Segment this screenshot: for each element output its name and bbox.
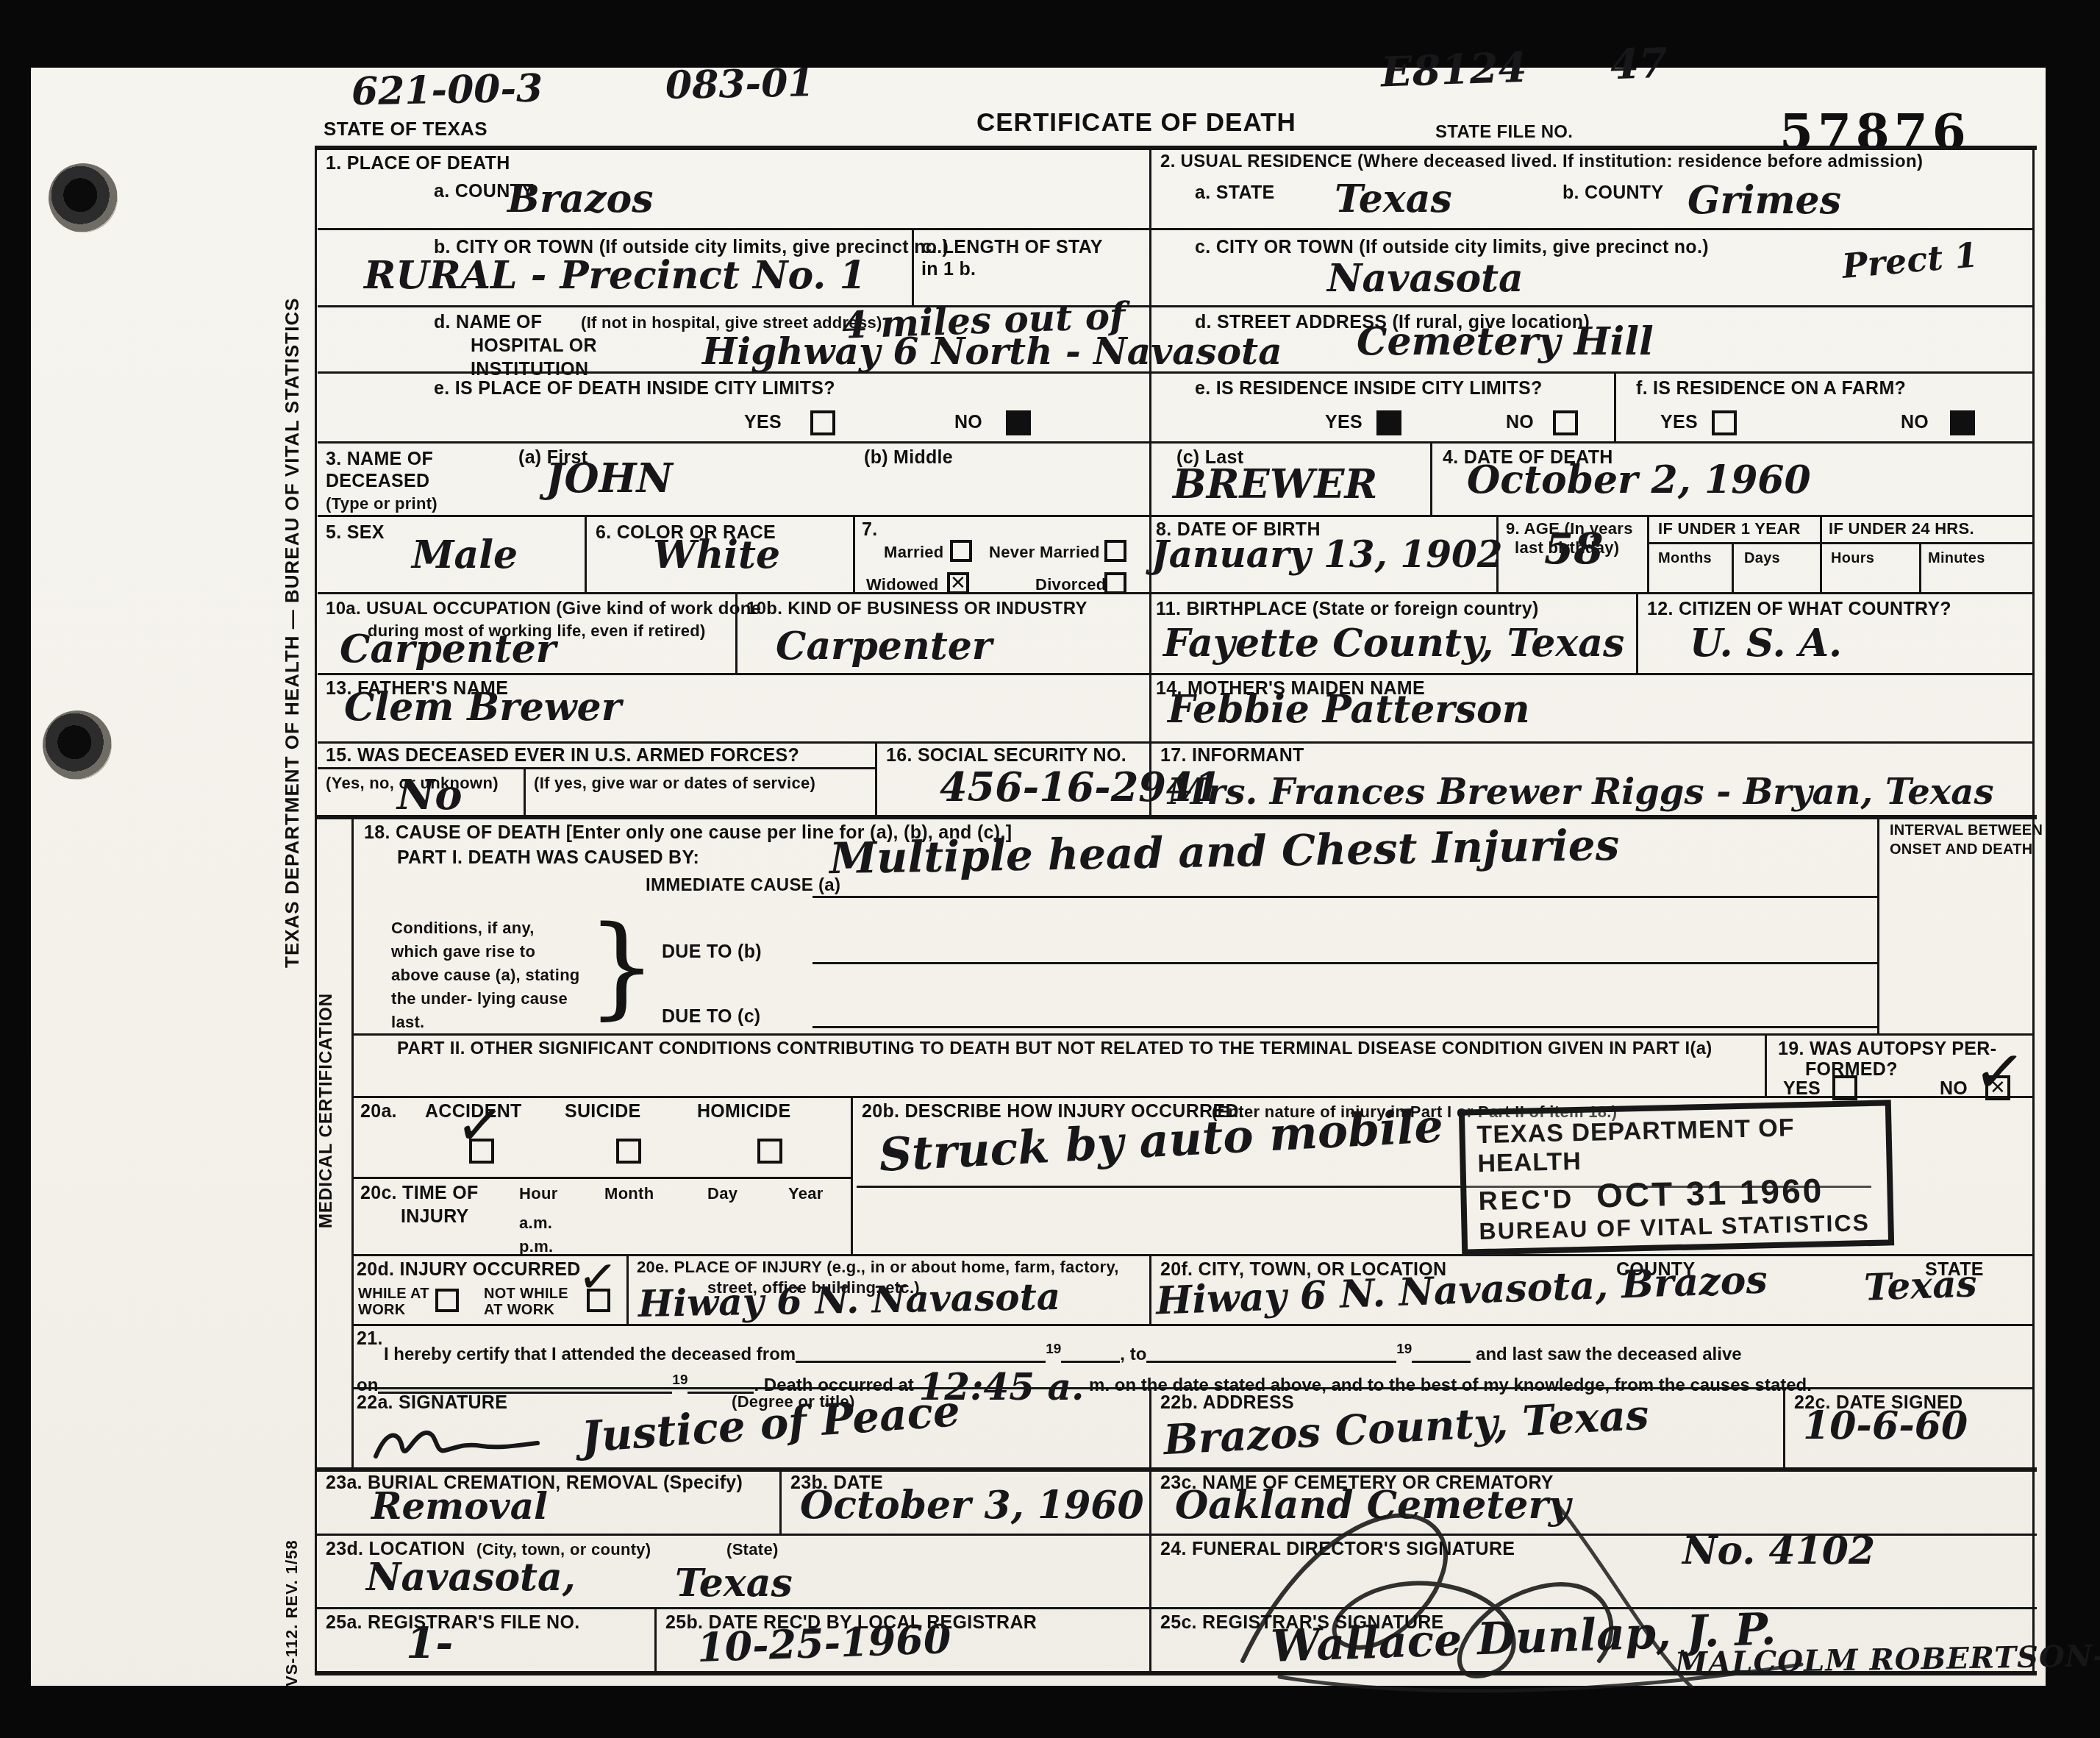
handwritten-code-4: 47 (1610, 42, 1668, 87)
stamp-line1: TEXAS DEPARTMENT OF HEALTH (1476, 1112, 1875, 1178)
field-20f-state-value: Texas (1863, 1264, 1977, 1307)
interval-label: INTERVAL BETWEEN (1890, 822, 2043, 840)
field-9-under1yr-label: IF UNDER 1 YEAR (1658, 519, 1801, 538)
state-of-texas-label: STATE OF TEXAS (324, 118, 488, 140)
field-12-value: U. S. A. (1690, 624, 1842, 664)
field-7-married-label: Married (884, 543, 944, 562)
field-2-title: 2. USUAL RESIDENCE (Where deceased lived… (1160, 152, 1923, 172)
field-2e-label: e. IS RESIDENCE INSIDE CITY LIMITS? (1195, 378, 1543, 400)
field-23d-value-city: Navasota, (366, 1558, 576, 1598)
field-3-label2: DECEASED (326, 471, 429, 493)
field-20c-label: 20c. TIME OF (360, 1183, 479, 1205)
checkbox-20d-while-at-work (435, 1289, 459, 1312)
field-25b-value: 10-25-1960 (696, 1618, 951, 1669)
certify-line-1: I hereby certify that I attended the dec… (384, 1342, 1742, 1365)
field-1d-label3: HOSPITAL OR (471, 335, 597, 357)
due-to-c-label: DUE TO (c) (662, 1006, 761, 1028)
field-9-value: 58 (1544, 527, 1604, 571)
field-2f-label: f. IS RESIDENCE ON A FARM? (1636, 378, 1906, 400)
state-file-no-label: STATE FILE NO. (1435, 122, 1573, 143)
suicide-label: SUICIDE (565, 1101, 641, 1123)
homicide-label: HOMICIDE (697, 1101, 790, 1123)
field-2e-no-label: NO (1506, 412, 1534, 434)
signature-22a-scribble (371, 1418, 540, 1470)
field-17-label: 17. INFORMANT (1160, 745, 1304, 767)
field-10b-value: Carpenter (776, 627, 992, 667)
conditions-note: Conditions, if any, which gave rise to a… (391, 916, 581, 1033)
stamp-recd: REC'D (1478, 1183, 1574, 1217)
x-mark-icon: ✕ (950, 574, 966, 593)
field-20e-value: Hiway 6 N. Navasota (638, 1278, 1061, 1324)
checkbox-7-married (950, 540, 972, 562)
hole-punch-bottom (43, 710, 112, 780)
checkbox-7-never-married (1104, 540, 1126, 562)
checkbox-19-yes (1832, 1075, 1857, 1100)
field-3-last-value: BREWER (1173, 463, 1377, 505)
sidebar-form-number: VS-112. REV. 1/58 (282, 1536, 301, 1687)
field-5-value: Male (412, 535, 518, 576)
field-2a-value: Texas (1335, 179, 1452, 220)
checkbox-7-divorced (1104, 572, 1126, 594)
field-22c-value: 10-6-60 (1803, 1406, 1968, 1447)
received-stamp: TEXAS DEPARTMENT OF HEALTH REC'D OCT 31 … (1459, 1100, 1894, 1255)
field-1c-label2: in 1 b. (921, 259, 976, 281)
hole-punch-top (49, 163, 118, 232)
checkbox-2e-yes-checked (1376, 410, 1401, 435)
checkbox-7-widowed-checked: ✕ (947, 572, 969, 594)
handwritten-code-1: 621-00-3 (351, 69, 543, 113)
while-at-work-label1: WHILE AT (358, 1286, 429, 1303)
certify-text-2: , to (1120, 1345, 1146, 1364)
field-4-value: October 2, 1960 (1467, 460, 1811, 501)
field-18-part1-label: PART I. DEATH WAS CAUSED BY: (397, 847, 699, 869)
field-9-hours-label: Hours (1831, 550, 1874, 568)
while-at-work-label2: WORK (358, 1302, 406, 1319)
year-19-prefix: 19 (1046, 1342, 1061, 1357)
field-15-label: 15. WAS DECEASED EVER IN U.S. ARMED FORC… (326, 745, 799, 767)
field-1e-yes-label: YES (744, 412, 782, 434)
year-19-prefix: 19 (1396, 1342, 1412, 1357)
field-23a-value: Removal (371, 1487, 548, 1526)
field-2f-no-label: NO (1901, 412, 1929, 434)
handwritten-code-2: 083-01 (665, 63, 815, 106)
checkbox-20a-suicide (616, 1139, 641, 1164)
field-2f-yes-label: YES (1660, 412, 1698, 434)
field-23d-value-state: Texas (675, 1564, 793, 1604)
field-2b-label: b. COUNTY (1562, 182, 1663, 204)
immediate-cause-label: IMMEDIATE CAUSE (a) (646, 875, 840, 896)
certificate-title: CERTIFICATE OF DEATH (976, 107, 1296, 138)
checkbox-2f-yes (1712, 410, 1737, 435)
brace-glyph: } (587, 912, 657, 1022)
field-9-months-label: Months (1658, 550, 1712, 568)
certify-text-1: I hereby certify that I attended the dec… (384, 1345, 796, 1364)
field-18-part2-label: PART II. OTHER SIGNIFICANT CONDITIONS CO… (397, 1039, 1713, 1059)
year-19-prefix: 19 (672, 1372, 687, 1388)
not-while-at-work-label1: NOT WHILE (484, 1286, 568, 1303)
pm-label: p.m. (519, 1237, 553, 1256)
field-10b-label: 10b. KIND OF BUSINESS OR INDUSTRY (746, 599, 1087, 619)
checkbox-1e-yes (810, 410, 835, 435)
field-1d-label: d. NAME OF (434, 312, 542, 334)
field-9-days-label: Days (1744, 550, 1780, 568)
field-11-label: 11. BIRTHPLACE (State or foreign country… (1156, 599, 1539, 621)
year-label: Year (788, 1184, 824, 1203)
field-20c-label2: INJURY (401, 1206, 469, 1228)
day-label: Day (707, 1184, 737, 1203)
field-5-label: 5. SEX (326, 522, 385, 544)
field-2a-label: a. STATE (1195, 182, 1274, 204)
checkbox-2e-no (1553, 410, 1578, 435)
check-mark-not-while-at-work: ✓ (575, 1248, 620, 1306)
field-19-yes-label: YES (1783, 1078, 1821, 1100)
certify-text-3: and last saw the deceased alive (1476, 1345, 1742, 1364)
field-21-label: 21. (357, 1328, 383, 1350)
field-10a-label: 10a. USUAL OCCUPATION (Give kind of work… (326, 599, 761, 619)
hour-label: Hour (519, 1184, 558, 1203)
handwritten-code-3: E8124 (1380, 46, 1527, 95)
sidebar-medical-certification-text: MEDICAL CERTIFICATION (316, 978, 337, 1228)
checkbox-20a-homicide (757, 1139, 782, 1164)
field-8-value: January 13, 1902 (1151, 535, 1503, 574)
field-22a-label: 22a. SIGNATURE (357, 1392, 507, 1414)
field-3-first-value: JOHN (546, 457, 673, 499)
field-3-label: 3. NAME OF (326, 449, 433, 471)
field-1c-label: c. LENGTH OF STAY (921, 237, 1103, 259)
field-12-label: 12. CITIZEN OF WHAT COUNTRY? (1647, 599, 1951, 621)
field-1d-value: Highway 6 North - Navasota (702, 332, 1282, 371)
field-20a-label: 20a. (360, 1101, 397, 1123)
field-9-under24hrs-label: IF UNDER 24 HRS. (1829, 519, 1974, 538)
field-20e-label: 20e. PLACE OF INJURY (e.g., in or about … (637, 1258, 1119, 1277)
stamp-date: OCT 31 1960 (1596, 1170, 1824, 1215)
checkbox-1e-no-checked (1006, 410, 1031, 435)
field-15-value: No (397, 774, 463, 817)
sidebar-department-text: TEXAS DEPARTMENT OF HEALTH — BUREAU OF V… (281, 409, 304, 968)
field-14-value: Febbie Patterson (1168, 690, 1530, 730)
field-7-never-married-label: Never Married (989, 543, 1100, 562)
field-7-widowed-label: Widowed (866, 575, 938, 594)
not-while-at-work-label2: AT WORK (484, 1302, 554, 1319)
field-2d-value: Cemetery Hill (1357, 322, 1654, 363)
field-23b-value: October 3, 1960 (800, 1486, 1144, 1526)
field-2e-yes-label: YES (1325, 412, 1362, 434)
field-3-label3: (Type or print) (326, 494, 438, 513)
month-label: Month (604, 1184, 654, 1203)
check-mark-19-no: ✓ (1970, 1033, 2029, 1111)
am-label: a.m. (519, 1214, 552, 1233)
field-25a-value: 1- (406, 1621, 453, 1666)
checkbox-2f-no-checked (1950, 410, 1975, 435)
interval-label2: ONSET AND DEATH (1890, 841, 2033, 859)
field-20d-label: 20d. INJURY OCCURRED (357, 1259, 581, 1281)
death-certificate-scan: TEXAS DEPARTMENT OF HEALTH — BUREAU OF V… (0, 0, 2100, 1738)
field-1e-no-label: NO (954, 412, 982, 434)
field-2c-value: Navasota (1327, 259, 1524, 299)
field-15-sub2: (If yes, give war or dates of service) (534, 774, 815, 793)
field-19-no-label: NO (1940, 1078, 1968, 1100)
field-23d-sub2: (State) (726, 1540, 779, 1559)
field-13-value: Clem Brewer (344, 688, 621, 728)
due-to-b-label: DUE TO (b) (662, 941, 762, 964)
field-1-title: 1. PLACE OF DEATH (326, 153, 510, 175)
field-1b-value: RURAL - Precinct No. 1 (364, 256, 866, 296)
field-1e-label: e. IS PLACE OF DEATH INSIDE CITY LIMITS? (434, 378, 835, 400)
field-19-label: 19. WAS AUTOPSY PER- (1778, 1039, 1996, 1061)
field-2b-value: Grimes (1688, 181, 1841, 221)
field-10a-value: Carpenter (340, 630, 556, 670)
field-9-minutes-label: Minutes (1928, 550, 1985, 568)
field-17-value: Mrs. Frances Brewer Riggs - Bryan, Texas (1168, 774, 1993, 811)
check-mark-accident: ✓ (452, 1091, 507, 1161)
field-11-value: Fayette County, Texas (1163, 624, 1624, 664)
field-3-middle-label: (b) Middle (864, 447, 953, 469)
field-7-label: 7. (862, 519, 877, 541)
field-6-value: White (653, 535, 780, 576)
field-1a-value: Brazos (507, 179, 654, 220)
field-7-divorced-label: Divorced (1035, 575, 1107, 594)
